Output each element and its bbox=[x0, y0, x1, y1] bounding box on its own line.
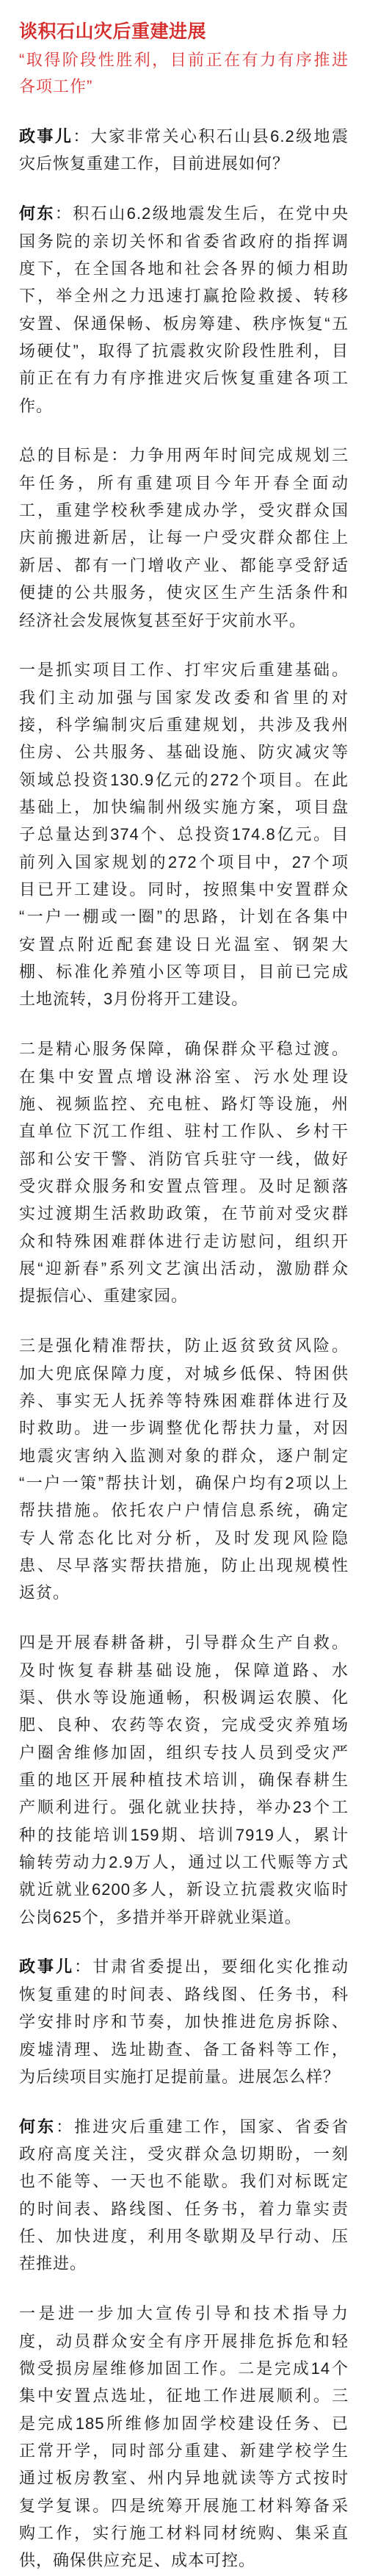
paragraph-body: 三是强化精准帮扶，防止返贫致贫风险。 加大兜底保障力度，对城乡低保、特困供 养、… bbox=[19, 1332, 349, 1606]
text-line: 施、视频监控、充电桩、路灯等设施，州 bbox=[19, 1090, 349, 1118]
text-line: 恢复重建的时间表、路线图、任务书，科 bbox=[19, 1981, 349, 2008]
text-line: 领域总投资130.9亿元的272个项目。在此 bbox=[19, 766, 349, 794]
text-line: 提振信心、重建家园。 bbox=[19, 1282, 349, 1309]
text-line: 返贫。 bbox=[19, 1579, 349, 1606]
text-line: 也不能等、一天也不能歇。我们对标既定 bbox=[19, 2167, 349, 2195]
text-line: 渠、供水等设施通畅，积极调运农膜、化 bbox=[19, 1684, 349, 1711]
text-line: 实过渡期生活救助政策，在节前对受灾群 bbox=[19, 1200, 349, 1227]
text-line: 二是精心服务保障，确保群众平稳过渡。 bbox=[19, 1035, 349, 1062]
text-line: 茬推进。 bbox=[19, 2250, 349, 2277]
text-line: 众和特殊困难群体进行走访慰问，组织开 bbox=[19, 1228, 349, 1255]
text-line: 是完成185所维修加固学校建设任务、已 bbox=[19, 2410, 349, 2437]
text-line: 一是进一步加大宣传引导和技术指导力 bbox=[19, 2300, 349, 2327]
text-line: 直单位下沉工作组、驻村工作队、乡村干 bbox=[19, 1118, 349, 1145]
text-line: 时救助。进一步调整优化帮扶力量，对因 bbox=[19, 1414, 349, 1442]
text-line: 微受损房屋维修加固工作。二是完成14个 bbox=[19, 2355, 349, 2382]
text-line: 加大兜底保障力度，对城乡低保、特困供 bbox=[19, 1360, 349, 1387]
text-line: 三是强化精准帮扶，防止返贫致贫风险。 bbox=[19, 1332, 349, 1359]
text-line: 灾后恢复重建工作，目前进展如何？ bbox=[19, 150, 349, 177]
text-line: 政事儿：甘肃省委提出，要细化实化推动 bbox=[19, 1953, 349, 1980]
text-line: 四是开展春耕备耕，引导群众生产自救。 bbox=[19, 1629, 349, 1656]
text-line: 通过板房教室、州内异地就读等方式按时 bbox=[19, 2464, 349, 2492]
text-line: 我们主动加强与国家发改委和省里的对 bbox=[19, 684, 349, 711]
paragraph-answer: 何东：积石山6.2级地震发生后，在党中央 国务院的亲切关怀和省委省政府的指挥调 … bbox=[19, 200, 349, 420]
text-line: 棚、标准化养殖小区等项目，目前已完成 bbox=[19, 958, 349, 985]
text-line: 经济社会发展恢复甚至好于灾前水平。 bbox=[19, 607, 349, 634]
text-line: 就近就业6200多人，新设立抗震救灾临时 bbox=[19, 1876, 349, 1903]
text-line: 安置点附近配套建设日光温室、钢架大 bbox=[19, 931, 349, 958]
text-line: 年任务，所有重建项目今年开春全面动 bbox=[19, 469, 349, 497]
subtitle-line: 各项工作” bbox=[19, 73, 349, 101]
paragraph-answer: 何东：推进灾后重建工作，国家、省委省 政府高度关注，受灾群众急切期盼，一刻 也不… bbox=[19, 2113, 349, 2278]
text-line: 帮扶措施。依托农户户情信息系统，确定 bbox=[19, 1497, 349, 1524]
text-line: 度下，在全国各地和社会各界的倾力相助 bbox=[19, 255, 349, 282]
text-line: 输转劳动力2.9万人，通过以工代赈等方式 bbox=[19, 1849, 349, 1876]
speaker-label: 政事儿 bbox=[19, 127, 73, 145]
text-line: 接，科学编制灾后重建规划，共涉及我州 bbox=[19, 711, 349, 738]
article: 谈积石山灾后重建进展 “取得阶段性胜利，目前正在有力有序推进 各项工作” 政事儿… bbox=[0, 0, 349, 2575]
text-line: 下，举全州之力迅速打赢抢险救援、转移 bbox=[19, 282, 349, 309]
text-line: 养、事实无人抚养等特殊困难群体进行及 bbox=[19, 1387, 349, 1414]
text-span: ：推进灾后重建工作，国家、省委省 bbox=[56, 2118, 349, 2136]
text-line: 前正在有力有序推进灾后恢复重建各项工 bbox=[19, 364, 349, 392]
text-span: ：甘肃省委提出，要细化实化推动 bbox=[74, 1957, 349, 1976]
text-line: 部和公安干警、消防官兵驻守一线，做好 bbox=[19, 1145, 349, 1173]
text-line: 重的地区开展种植技术培训，确保春耕生 bbox=[19, 1766, 349, 1794]
text-line: 前列入国家规划的272个项目中，27个项 bbox=[19, 849, 349, 876]
text-line: “一户一策”帮扶计划，确保户均有2项以上 bbox=[19, 1469, 349, 1497]
text-line: 废墟清理、选址勘查、备工备料等工作， bbox=[19, 2036, 349, 2063]
text-line: 目已开工建设。同时，按照集中安置群众 bbox=[19, 876, 349, 903]
paragraph-body: 总的目标是：力争用两年时间完成规划三 年任务，所有重建项目今年开春全面动 工，重… bbox=[19, 442, 349, 633]
article-title: 谈积石山灾后重建进展 bbox=[19, 18, 349, 46]
text-line: 在集中安置点增设淋浴室、污水处理设 bbox=[19, 1063, 349, 1090]
text-line: 工，重建学校秋季建成办学，受灾群众国 bbox=[19, 497, 349, 524]
text-line: 公岗625个，多措并举开辟就业渠道。 bbox=[19, 1904, 349, 1931]
text-line: “一户一棚或一圈”的思路，计划在各集中 bbox=[19, 903, 349, 930]
paragraph-body: 四是开展春耕备耕，引导群众生产自救。 及时恢复春耕基础设施，保障道路、水 渠、供… bbox=[19, 1629, 349, 1931]
text-line: 患、尽早落实帮扶措施，防止出现规模性 bbox=[19, 1552, 349, 1579]
article-subtitle: “取得阶段性胜利，目前正在有力有序推进 各项工作” bbox=[19, 47, 349, 101]
text-line: 学安排时序和节奏，加快推进危房拆除、 bbox=[19, 2008, 349, 2035]
text-line: 的时间表、路线图、任务书，着力靠实责 bbox=[19, 2195, 349, 2223]
paragraph-question: 政事儿：甘肃省委提出，要细化实化推动 恢复重建的时间表、路线图、任务书，科 学安… bbox=[19, 1953, 349, 2090]
text-line: 政事儿：大家非常关心积石山县6.2级地震 bbox=[19, 123, 349, 150]
text-line: 产顺利进行。强化就业扶持，举办23个工 bbox=[19, 1794, 349, 1821]
paragraph-body: 一是进一步加大宣传引导和技术指导力 度，动员群众安全有序开展排危拆危和轻 微受损… bbox=[19, 2300, 349, 2574]
text-line: 供，确保供应充足、成本可控。 bbox=[19, 2547, 349, 2574]
text-span: ：大家非常关心积石山县6.2级地震 bbox=[73, 127, 349, 145]
text-line: 何东：推进灾后重建工作，国家、省委省 bbox=[19, 2113, 349, 2140]
speaker-label: 何东 bbox=[19, 2118, 56, 2136]
text-line: 土地流转，3月份将开工建设。 bbox=[19, 985, 349, 1012]
text-line: 何东：积石山6.2级地震发生后，在党中央 bbox=[19, 200, 349, 227]
text-line: 任、加快进度，利用冬歇期及早行动、压 bbox=[19, 2223, 349, 2250]
text-line: 基础上，加快编制州级实施方案，项目盘 bbox=[19, 794, 349, 821]
text-line: 受灾群众服务和安置点管理。及时足额落 bbox=[19, 1173, 349, 1200]
text-line: 庆前搬进新居，让每一户受灾群众都住上 bbox=[19, 524, 349, 551]
text-line: 子总量达到374个、总投资174.8亿元。目 bbox=[19, 821, 349, 848]
speaker-label: 何东 bbox=[19, 204, 55, 223]
text-line: 总的目标是：力争用两年时间完成规划三 bbox=[19, 442, 349, 469]
text-line: 集中安置点选址，征地工作进展顺利。三 bbox=[19, 2382, 349, 2409]
text-line: 正常开学，同时部分重建、新建学校学生 bbox=[19, 2437, 349, 2464]
text-line: 政府高度关注，受灾群众急切期盼，一刻 bbox=[19, 2140, 349, 2167]
text-line: 种的技能培训159期、培训7919人，累计 bbox=[19, 1821, 349, 1849]
speaker-label: 政事儿 bbox=[19, 1957, 74, 1976]
text-line: 及时恢复春耕基础设施，保障道路、水 bbox=[19, 1657, 349, 1684]
text-line: 安置、保通保畅、板房筹建、秩序恢复“五 bbox=[19, 310, 349, 337]
text-line: 一是抓实项目工作、打牢灾后重建基础。 bbox=[19, 656, 349, 683]
text-line: 购工作，实行施工材料同材统购、集采直 bbox=[19, 2519, 349, 2547]
text-line: 为后续项目实施打足提前量。进展怎么样？ bbox=[19, 2063, 349, 2090]
text-line: 地震灾害纳入监测对象的群众，逐户制定 bbox=[19, 1442, 349, 1469]
text-line: 展“迎新春”系列文艺演出活动，激励群众 bbox=[19, 1255, 349, 1282]
text-line: 新居、都有一门增收产业、都能享受舒适 bbox=[19, 552, 349, 579]
text-line: 专人常态化比对分析，及时发现风险隐 bbox=[19, 1525, 349, 1552]
text-line: 作。 bbox=[19, 392, 349, 420]
paragraph-question: 政事儿：大家非常关心积石山县6.2级地震 灾后恢复重建工作，目前进展如何？ bbox=[19, 123, 349, 178]
text-line: 肥、良种、农药等农资，完成受灾养殖场 bbox=[19, 1711, 349, 1738]
text-span: ：积石山6.2级地震发生后，在党中央 bbox=[55, 204, 349, 223]
text-line: 便捷的公共服务，使灾区生产生活条件和 bbox=[19, 579, 349, 606]
text-line: 户圈舍维修加固，组织专技人员到受灾严 bbox=[19, 1739, 349, 1766]
paragraph-body: 一是抓实项目工作、打牢灾后重建基础。 我们主动加强与国家发改委和省里的对 接，科… bbox=[19, 656, 349, 1012]
paragraph-body: 二是精心服务保障，确保群众平稳过渡。 在集中安置点增设淋浴室、污水处理设 施、视… bbox=[19, 1035, 349, 1309]
subtitle-line: “取得阶段性胜利，目前正在有力有序推进 bbox=[19, 47, 349, 74]
text-line: 国务院的亲切关怀和省委省政府的指挥调 bbox=[19, 228, 349, 255]
text-line: 度，动员群众安全有序开展排危拆危和轻 bbox=[19, 2328, 349, 2355]
text-line: 住房、公共服务、基础设施、防灾减灾等 bbox=[19, 738, 349, 766]
text-line: 复学复课。四是统筹开展施工材料筹备采 bbox=[19, 2492, 349, 2519]
text-line: 场硬仗”，取得了抗震救灾阶段性胜利，目 bbox=[19, 337, 349, 364]
